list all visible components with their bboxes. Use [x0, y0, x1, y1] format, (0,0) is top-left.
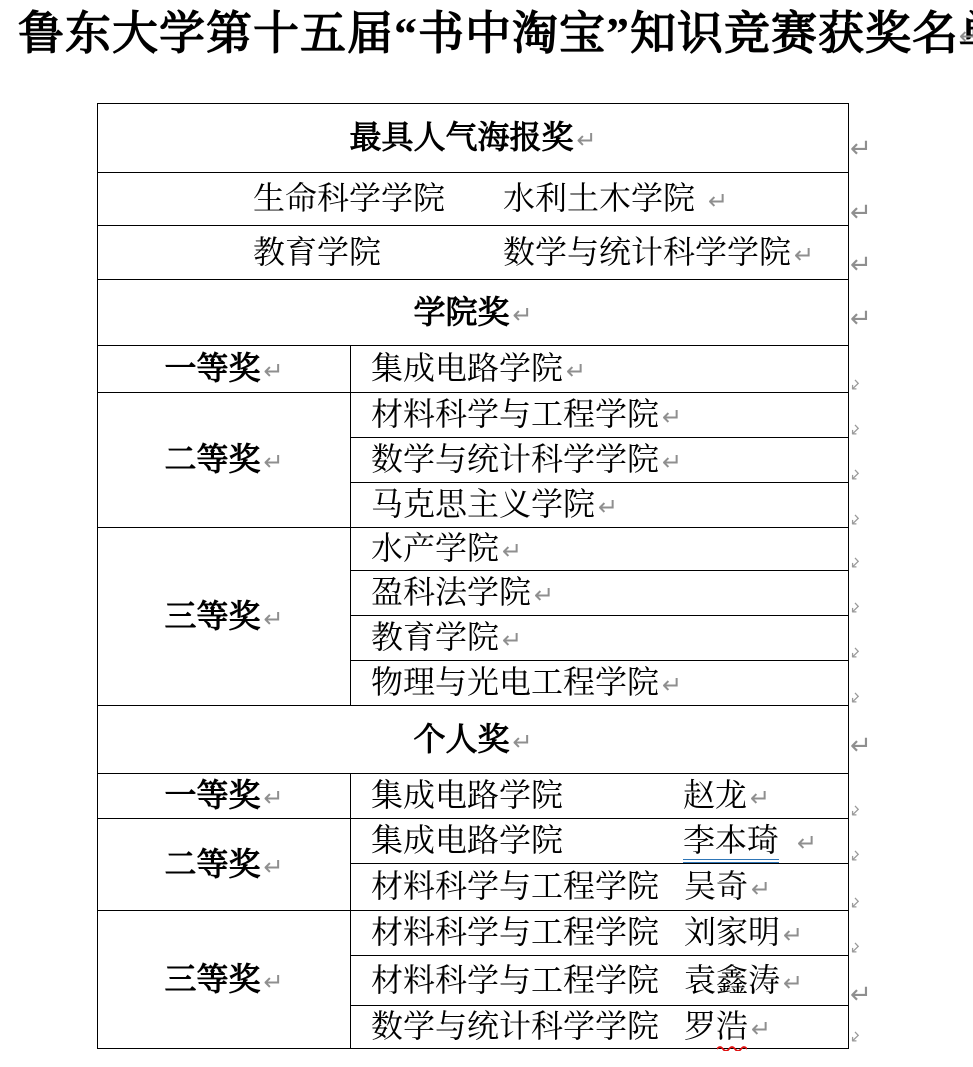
- winner-college: 马克思主义学院: [371, 486, 595, 522]
- row-end-mark-icon: ↵: [847, 644, 866, 664]
- winner-college: 数学与统计科学学院: [371, 441, 659, 477]
- cell-poster-award-header[interactable]: 最具人气海报奖↵: [98, 104, 849, 173]
- cell-college-second-winner-2[interactable]: 马克思主义学院↵: [351, 483, 849, 528]
- poster-award-header-text: 最具人气海报奖: [349, 119, 573, 155]
- poster-winner-college: 数学与统计科学学院: [503, 234, 791, 270]
- prize-label: 二等奖: [164, 441, 260, 477]
- awards-table: 最具人气海报奖↵ 生命科学学院水利土木学院↵ 教育学院数学与统计科学学院↵ 学院…: [97, 103, 849, 1049]
- document-title[interactable]: 鲁东大学第十五届“书中淘宝”知识竞赛获奖名单: [18, 6, 973, 61]
- paragraph-mark-icon: ↵: [751, 1015, 771, 1043]
- paragraph-mark-icon: ↵: [959, 24, 973, 48]
- row-end-mark-icon: ↵: [847, 511, 866, 531]
- cell-college-first-prize-label[interactable]: 一等奖↵: [98, 346, 351, 393]
- paragraph-mark-icon: ↵: [662, 671, 682, 699]
- winner-college: 材料科学与工程学院: [371, 914, 659, 950]
- cell-individual-second-prize-label[interactable]: 二等奖↵: [98, 819, 351, 911]
- paragraph-mark-icon: ↵: [263, 357, 283, 385]
- winner-college: 集成电路学院: [371, 350, 563, 386]
- paragraph-mark-icon: ↵: [263, 448, 283, 476]
- row-end-mark-icon: ↵: [847, 466, 866, 486]
- cell-individual-third-winner-1[interactable]: 材料科学与工程学院袁鑫涛↵: [351, 956, 849, 1006]
- winner-college: 材料科学与工程学院: [371, 868, 659, 904]
- winner-college: 集成电路学院: [371, 779, 683, 813]
- cell-individual-award-header[interactable]: 个人奖↵: [98, 706, 849, 774]
- red-squiggle-underline-icon: [717, 1044, 747, 1051]
- cell-college-third-winner-0[interactable]: 水产学院↵: [351, 528, 849, 571]
- cell-individual-third-prize-label[interactable]: 三等奖↵: [98, 911, 351, 1049]
- cell-individual-third-winner-0[interactable]: 材料科学与工程学院刘家明↵: [351, 911, 849, 956]
- prize-label: 二等奖: [164, 846, 260, 882]
- paragraph-mark-icon: ↵: [794, 241, 814, 269]
- poster-winner-college: 水利土木学院: [503, 180, 695, 216]
- college-award-header-text: 学院奖: [413, 294, 509, 330]
- row-end-mark-icon: ↵: [850, 200, 872, 226]
- paragraph-mark-icon: ↵: [797, 829, 817, 857]
- paragraph-mark-icon: ↵: [783, 969, 803, 997]
- row-end-mark-icon: ↵: [850, 982, 872, 1008]
- winner-college: 水产学院: [371, 530, 499, 566]
- document-page: { "document": { "title": "鲁东大学第十五届“书中淘宝”…: [0, 0, 973, 1067]
- poster-winner-college: 生命科学学院: [253, 182, 503, 216]
- row-end-mark-icon: ↵: [847, 802, 866, 822]
- prize-label: 三等奖: [164, 961, 260, 997]
- row-end-mark-icon: ↵: [850, 306, 872, 332]
- winner-college: 教育学院: [371, 619, 499, 655]
- paragraph-mark-icon: ↵: [598, 493, 618, 521]
- paragraph-mark-icon: ↵: [263, 968, 283, 996]
- paragraph-mark-icon: ↵: [263, 605, 283, 633]
- winner-college: 材料科学与工程学院: [371, 396, 659, 432]
- cell-individual-third-winner-2[interactable]: 数学与统计科学学院罗浩↵: [351, 1006, 849, 1049]
- paragraph-mark-icon: ↵: [708, 187, 728, 215]
- cell-individual-second-winner-1[interactable]: 材料科学与工程学院吴奇↵: [351, 864, 849, 911]
- paragraph-mark-icon: ↵: [502, 626, 522, 654]
- prize-label: 三等奖: [164, 598, 260, 634]
- paragraph-mark-icon: ↵: [662, 448, 682, 476]
- winner-college: 集成电路学院: [371, 824, 683, 858]
- cell-college-award-header[interactable]: 学院奖↵: [98, 280, 849, 346]
- winner-college: 数学与统计科学学院: [371, 1008, 659, 1044]
- paragraph-mark-icon: ↵: [662, 403, 682, 431]
- paragraph-mark-icon: ↵: [751, 875, 771, 903]
- paragraph-mark-icon: ↵: [566, 357, 586, 385]
- paragraph-mark-icon: ↵: [502, 537, 522, 565]
- individual-award-header-text: 个人奖: [413, 721, 509, 757]
- cell-college-second-winner-0[interactable]: 材料科学与工程学院↵: [351, 393, 849, 438]
- winner-name: 袁鑫涛: [684, 962, 780, 998]
- winner-college: 物理与光电工程学院: [371, 664, 659, 700]
- cell-college-first-winner-0[interactable]: 集成电路学院↵: [351, 346, 849, 393]
- winner-college: 盈科法学院: [371, 574, 531, 610]
- winner-name-blue-double-underline: 李本琦: [683, 822, 779, 863]
- paragraph-mark-icon: ↵: [512, 301, 532, 329]
- cell-individual-second-winner-0[interactable]: 集成电路学院李本琦↵: [351, 819, 849, 864]
- winner-name-spellcheck-flagged: 浩: [716, 1010, 748, 1044]
- paragraph-mark-icon: ↵: [576, 126, 596, 154]
- row-end-mark-icon: ↵: [847, 894, 866, 914]
- cell-college-third-winner-3[interactable]: 物理与光电工程学院↵: [351, 661, 849, 706]
- paragraph-mark-icon: ↵: [263, 853, 283, 881]
- paragraph-mark-icon: ↵: [263, 784, 283, 812]
- winner-name: 吴奇: [684, 868, 748, 904]
- row-end-mark-icon: ↵: [850, 136, 872, 162]
- winner-name: 赵龙: [683, 777, 747, 813]
- row-end-mark-icon: ↵: [850, 252, 872, 278]
- row-end-mark-icon: ↵: [847, 599, 866, 619]
- cell-college-second-prize-label[interactable]: 二等奖↵: [98, 393, 351, 528]
- paragraph-mark-icon: ↵: [534, 581, 554, 609]
- cell-college-third-winner-1[interactable]: 盈科法学院↵: [351, 571, 849, 616]
- row-end-mark-icon: ↵: [847, 376, 866, 396]
- poster-winner-college: 教育学院: [253, 236, 503, 270]
- paragraph-mark-icon: ↵: [750, 784, 770, 812]
- paragraph-mark-icon: ↵: [783, 921, 803, 949]
- row-end-mark-icon: ↵: [847, 847, 866, 867]
- winner-name: 罗: [684, 1008, 716, 1044]
- prize-label: 一等奖: [164, 350, 260, 386]
- row-end-mark-icon: ↵: [847, 689, 866, 709]
- cell-college-second-winner-1[interactable]: 数学与统计科学学院↵: [351, 438, 849, 483]
- prize-label: 一等奖: [164, 777, 260, 813]
- cell-individual-first-winner-0[interactable]: 集成电路学院赵龙↵: [351, 774, 849, 819]
- cell-college-third-prize-label[interactable]: 三等奖↵: [98, 528, 351, 706]
- cell-college-third-winner-2[interactable]: 教育学院↵: [351, 616, 849, 661]
- winner-name: 刘家明: [684, 914, 780, 950]
- paragraph-mark-icon: ↵: [512, 728, 532, 756]
- winner-college: 材料科学与工程学院: [371, 962, 659, 998]
- row-end-mark-icon: ↵: [850, 733, 872, 759]
- row-end-mark-icon: ↵: [847, 939, 866, 959]
- row-end-mark-icon: ↵: [847, 554, 866, 574]
- cell-poster-winners-1[interactable]: 生命科学学院水利土木学院↵: [98, 173, 849, 226]
- row-end-mark-icon: ↵: [847, 1028, 866, 1048]
- cell-poster-winners-2[interactable]: 教育学院数学与统计科学学院↵: [98, 226, 849, 280]
- row-end-mark-icon: ↵: [847, 421, 866, 441]
- cell-individual-first-prize-label[interactable]: 一等奖↵: [98, 774, 351, 819]
